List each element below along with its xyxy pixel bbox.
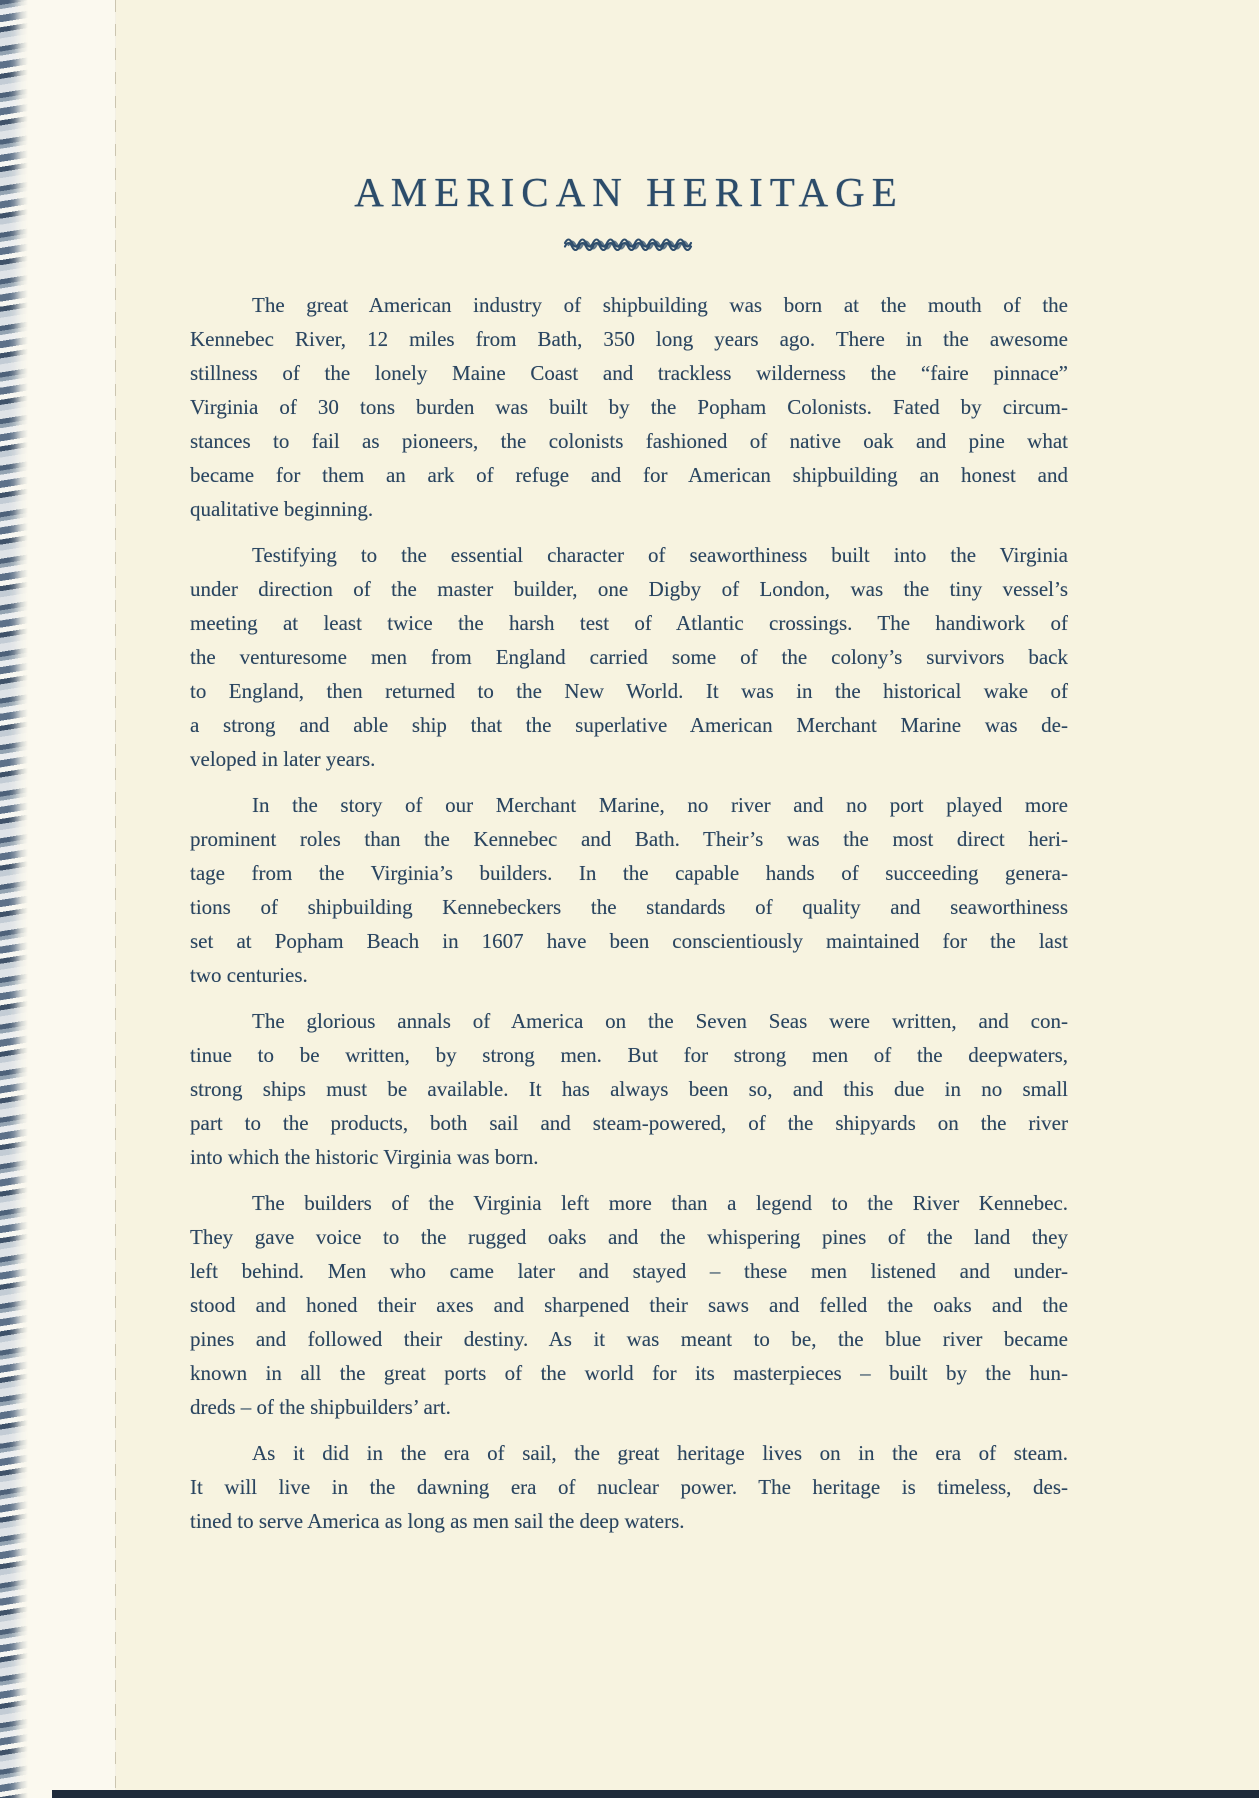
text-line: stood and honed their axes and sharpened… [190,1288,1068,1322]
deckle-edge-texture [0,0,28,1798]
text-line: The glorious annals of America on the Se… [190,1004,1068,1038]
text-line: strong ships must be available. It has a… [190,1072,1068,1106]
text-line: left behind. Men who came later and stay… [190,1254,1068,1288]
text-line: a strong and able ship that the superlat… [190,708,1068,742]
text-line: As it did in the era of sail, the great … [190,1436,1068,1470]
text-line: known in all the great ports of the worl… [190,1356,1068,1390]
paragraph: As it did in the era of sail, the great … [190,1436,1068,1538]
text-line: two centuries. [190,958,1068,992]
text-line: veloped in later years. [190,742,1068,776]
paragraph: The great American industry of shipbuild… [190,288,1068,526]
text-line: under direction of the master builder, o… [190,572,1068,606]
text-line: The great American industry of shipbuild… [190,288,1068,322]
paragraph: The glorious annals of America on the Se… [190,1004,1068,1174]
text-line: stillness of the lonely Maine Coast and … [190,356,1068,390]
text-line: pines and followed their destiny. As it … [190,1322,1068,1356]
text-line: tined to serve America as long as men sa… [190,1504,1068,1538]
text-line: Testifying to the essential character of… [190,538,1068,572]
text-line: set at Popham Beach in 1607 have been co… [190,924,1068,958]
page-content: AMERICAN HERITAGE The great American ind… [190,168,1068,1538]
wavy-rule-ornament [190,234,1068,254]
body-text: The great American industry of shipbuild… [190,288,1068,1538]
fold-crease-line [115,0,116,1798]
text-line: tinue to be written, by strong men. But … [190,1038,1068,1072]
scanned-page: AMERICAN HERITAGE The great American ind… [0,0,1259,1798]
text-line: tions of shipbuilding Kennebeckers the s… [190,890,1068,924]
scan-bottom-edge [52,1790,1259,1798]
paragraph: In the story of our Merchant Marine, no … [190,788,1068,992]
wavy-rule-icon [562,234,696,254]
text-line: qualitative beginning. [190,492,1068,526]
text-line: The builders of the Virginia left more t… [190,1186,1068,1220]
text-line: meeting at least twice the harsh test of… [190,606,1068,640]
text-line: In the story of our Merchant Marine, no … [190,788,1068,822]
text-line: It will live in the dawning era of nucle… [190,1470,1068,1504]
text-line: into which the historic Virginia was bor… [190,1140,1068,1174]
text-line: Kennebec River, 12 miles from Bath, 350 … [190,322,1068,356]
paragraph: The builders of the Virginia left more t… [190,1186,1068,1424]
page-title: AMERICAN HERITAGE [190,168,1068,216]
text-line: the venturesome men from England carried… [190,640,1068,674]
text-line: to England, then returned to the New Wor… [190,674,1068,708]
paragraph: Testifying to the essential character of… [190,538,1068,776]
text-line: prominent roles than the Kennebec and Ba… [190,822,1068,856]
text-line: stances to fail as pioneers, the colonis… [190,424,1068,458]
text-line: became for them an ark of refuge and for… [190,458,1068,492]
text-line: dreds – of the shipbuilders’ art. [190,1390,1068,1424]
text-line: They gave voice to the rugged oaks and t… [190,1220,1068,1254]
text-line: part to the products, both sail and stea… [190,1106,1068,1140]
text-line: tage from the Virginia’s builders. In th… [190,856,1068,890]
text-line: Virginia of 30 tons burden was built by … [190,390,1068,424]
